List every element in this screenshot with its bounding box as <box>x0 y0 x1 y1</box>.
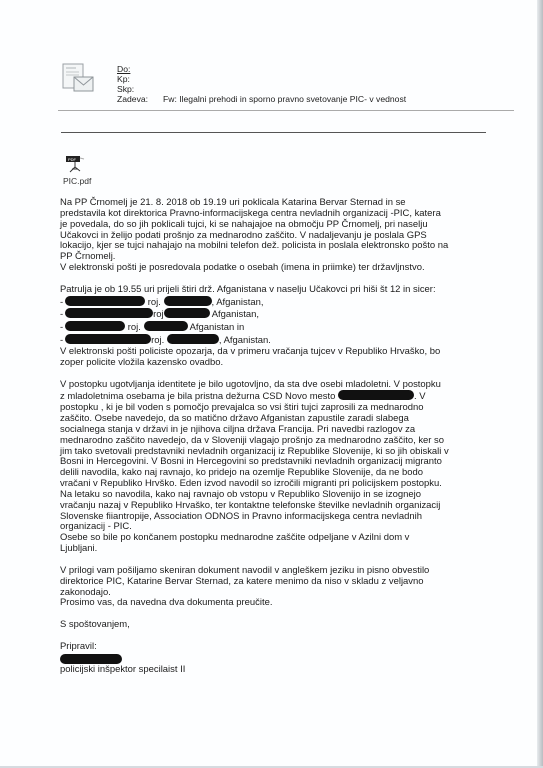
redaction-date <box>167 334 219 344</box>
person-row: - roj. , Afganistan, <box>60 297 263 308</box>
cc-field: Kp: <box>117 74 163 84</box>
redaction-name <box>65 296 145 306</box>
redaction-name <box>338 390 414 400</box>
paragraph-patrol: Patrulja je ob 19.55 uri prijeli štiri d… <box>60 285 500 369</box>
subject-text: Fw: Ilegalni prehodi in sporno pravno sv… <box>163 94 406 104</box>
bcc-field: Skp: <box>117 84 163 94</box>
header-divider-2 <box>61 132 486 133</box>
person-row: -roj. , Afganistan. <box>60 335 271 346</box>
subject-field: Zadeva:Fw: Ilegalni prehodi in sporno pr… <box>117 94 406 104</box>
bcc-label: Skp: <box>117 84 163 94</box>
redaction-date <box>144 321 188 331</box>
scanned-document-page: Do: Kp: Skp: Zadeva:Fw: Ilegalni prehodi… <box>0 0 543 768</box>
to-field: Do: <box>117 64 163 74</box>
person-row: -roj Afganistan, <box>60 309 259 320</box>
paragraph-attachments: V prilogi vam pošiljamo skeniran dokumen… <box>60 566 500 609</box>
closing: S spoštovanjem, <box>60 620 500 631</box>
paragraph-call-report: Na PP Črnomelj je 21. 8. 2018 ob 19.19 u… <box>60 198 500 274</box>
redaction-signature <box>60 654 122 664</box>
paragraph-procedure: V postopku ugotvljanja identitete je bil… <box>60 380 500 556</box>
prepared-by-label: Pripravil: <box>60 641 97 652</box>
cc-label: Kp: <box>117 74 163 84</box>
header-divider <box>58 110 514 111</box>
to-label: Do: <box>117 64 163 74</box>
pdf-file-icon: PDF <box>64 155 86 175</box>
attachment-filename[interactable]: PIC.pdf <box>63 176 91 186</box>
letter-body: Na PP Črnomelj je 21. 8. 2018 ob 19.19 u… <box>60 198 500 675</box>
redaction-name <box>65 308 153 318</box>
redaction-date <box>164 308 210 318</box>
signature-title: policijski inšpektor specilaist II <box>60 664 185 675</box>
scan-edge <box>537 0 543 768</box>
redaction-name <box>65 334 151 344</box>
person-row: - roj. Afganistan in <box>60 322 244 333</box>
redaction-name <box>65 321 125 331</box>
redaction-date <box>164 296 212 306</box>
subject-label: Zadeva: <box>117 94 163 104</box>
signature-block: Pripravil: policijski inšpektor specilai… <box>60 642 500 676</box>
email-message-icon <box>62 63 94 93</box>
svg-text:PDF: PDF <box>68 157 77 162</box>
